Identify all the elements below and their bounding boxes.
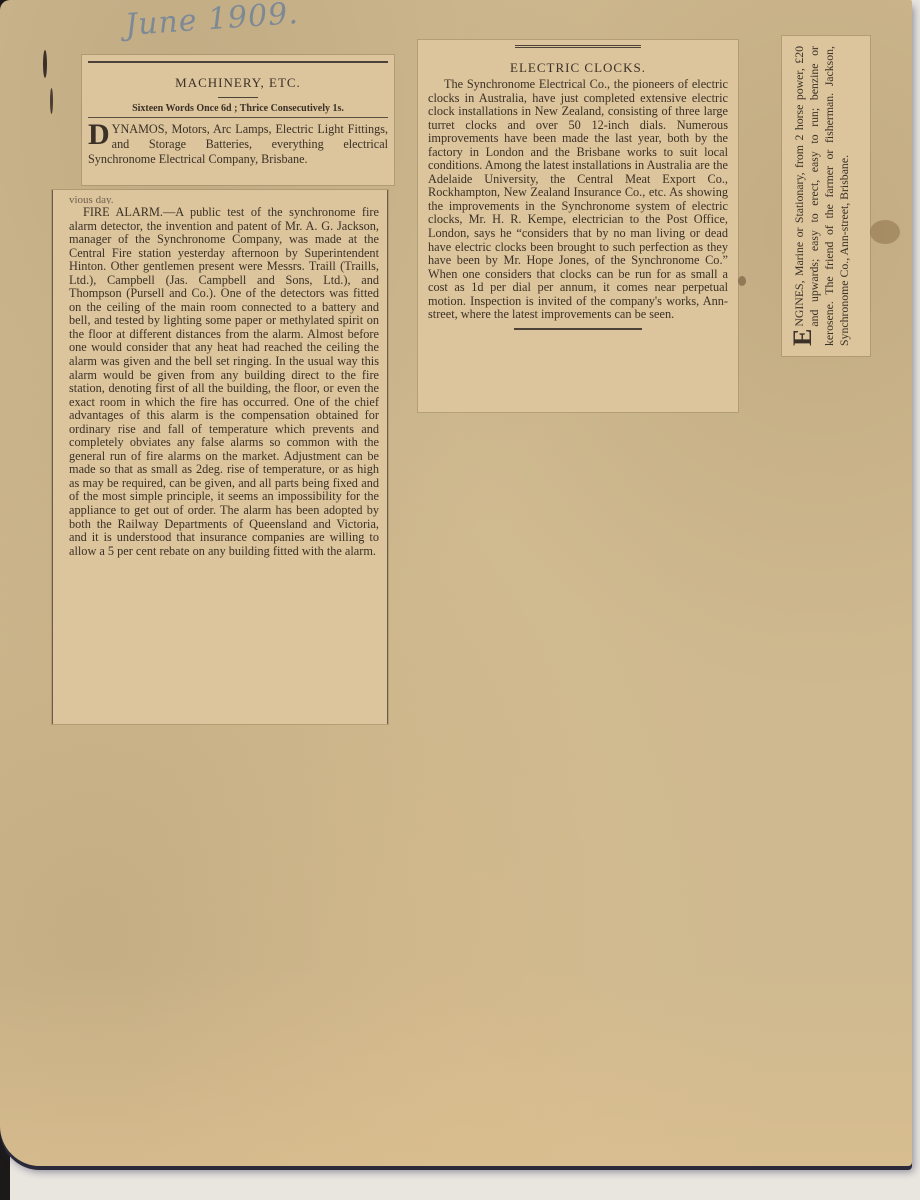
electric-clocks-body: The Synchronome Electrical Co., the pion… <box>428 78 728 322</box>
dropcap: D <box>88 122 110 148</box>
rule <box>514 328 642 330</box>
engines-ad: ENGINES, Marine or Stationary, from 2 ho… <box>788 40 864 352</box>
rule <box>88 61 388 63</box>
scrapbook-page: June 1909. MACHINERY, ETC. Sixteen Words… <box>0 0 912 1166</box>
fire-alarm-clipping: vious day. FIRE ALARM.—A public test of … <box>52 190 388 724</box>
fire-alarm-body: FIRE ALARM.—A public test of the synchro… <box>69 206 379 558</box>
electric-clocks-heading: ELECTRIC CLOCKS. <box>428 60 728 76</box>
stain <box>43 50 47 78</box>
stain <box>870 220 900 244</box>
machinery-clipping: MACHINERY, ETC. Sixteen Words Once 6d ; … <box>82 55 394 185</box>
dynamos-ad-text: YNAMOS, Motors, Arc Lamps, Electric Ligh… <box>88 122 388 166</box>
stain <box>738 276 746 286</box>
stain <box>50 88 53 114</box>
rule <box>218 97 258 98</box>
engines-ad-text: NGINES, Marine or Stationary, from 2 hor… <box>792 46 851 346</box>
electric-clocks-clipping: ELECTRIC CLOCKS. The Synchronome Electri… <box>418 40 738 412</box>
machinery-rates: Sixteen Words Once 6d ; Thrice Consecuti… <box>88 103 388 118</box>
machinery-heading: MACHINERY, ETC. <box>88 75 388 91</box>
engines-clipping: ENGINES, Marine or Stationary, from 2 ho… <box>782 36 870 356</box>
dropcap: E <box>792 329 814 346</box>
handwritten-date: June 1909. <box>124 0 300 43</box>
rule <box>515 45 641 48</box>
dynamos-ad: DYNAMOS, Motors, Arc Lamps, Electric Lig… <box>88 122 388 167</box>
previous-article-fragment: vious day. <box>69 194 379 204</box>
